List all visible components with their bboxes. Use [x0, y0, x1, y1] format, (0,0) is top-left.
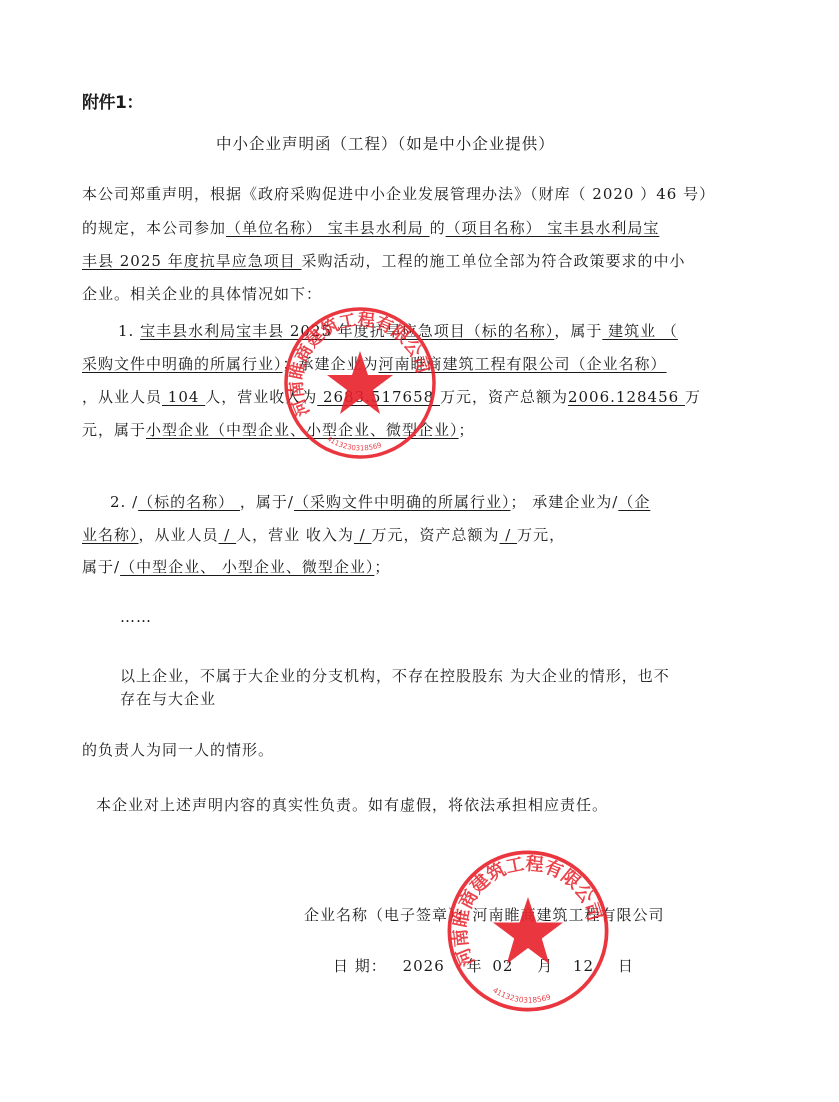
unit-name-field: （单位名称） 宝丰县水利局 — [226, 219, 430, 237]
item1-line-4: 元，属于小型企业（中型企业、小型企业、微型企业）； — [82, 419, 475, 440]
intro-line-3: 丰县 2025 年度抗旱应急项目 采购活动，工程的施工单位全部为符合政策要求的中… — [82, 250, 686, 271]
item1-size: 小型企业（中型企业、小型企业、微型企业） — [146, 421, 459, 439]
date-line: 日 期： 2026 年 02 月 12 日 — [333, 955, 634, 976]
item-text: ；承建企业为 — [283, 355, 379, 373]
item1-assets: 2006.128456 — [568, 388, 685, 406]
intro-text: 采购活动，工程的施工单位全部为符合政策要求的中小 — [301, 252, 685, 270]
item-text: ； — [459, 421, 475, 439]
svg-text:4113230318569: 4113230318569 — [491, 986, 552, 1005]
item-number: 1. — [118, 322, 140, 340]
statement-line-2: 存在与大企业 — [120, 688, 216, 709]
item-text: ； — [374, 558, 390, 576]
item1-revenue: 2683.517658 — [317, 388, 440, 406]
item-text: 万元，资产总额为 — [440, 388, 568, 406]
item1-line-3: ，从业人员 104 人，营业收入为 2683.517658 万元，资产总额为20… — [82, 386, 701, 407]
stamp-code: 4113230318569 — [491, 986, 552, 1005]
attachment-label: 附件1： — [82, 88, 143, 113]
intro-line-2: 的规定，本公司参加（单位名称） 宝丰县水利局 的（项目名称） 宝丰县水利局宝 — [82, 217, 659, 238]
document-title: 中小企业声明函（工程）（如是中小企业提供） — [216, 132, 555, 154]
intro-text: 的 — [430, 219, 446, 237]
item1-employees: 104 — [162, 388, 205, 406]
ellipsis: …… — [120, 608, 152, 626]
item1-company: 河南睢商建筑工程有限公司（企业名称） — [379, 355, 667, 373]
item-number: 2. / — [110, 493, 138, 511]
item-text: 人，营业 收入为 — [236, 526, 354, 544]
intro-line-1: 本公司郑重声明，根据《政府采购促进中小企业发展管理办法》（财库（ 2020 ）4… — [82, 183, 715, 204]
item-text: 人，营业收入为 — [205, 388, 317, 406]
item2-project: （标的名称） — [138, 493, 240, 511]
item2-company-cont: 业名称） — [82, 526, 139, 544]
item1-industry-cont: 采购文件中明确的所属行业） — [82, 355, 283, 373]
item-text: 万元， — [517, 526, 565, 544]
date-year-unit: 年 — [467, 957, 483, 975]
item2-company: （企 — [618, 493, 650, 511]
item-text: ； 承建企业为/ — [511, 493, 619, 511]
date-month: 02 — [492, 957, 513, 975]
item2-size: （中型企业、 小型企业、微型企业） — [120, 558, 374, 576]
project-name-field: （项目名称） 宝丰县水利局宝 — [446, 219, 660, 237]
item-text: ，属于 — [554, 322, 602, 340]
item-text: 万 — [685, 388, 701, 406]
date-label: 日 期： — [333, 957, 387, 975]
date-month-unit: 月 — [537, 957, 553, 975]
item2-assets: / — [500, 526, 518, 544]
date-day-unit: 日 — [618, 957, 634, 975]
item2-line-2: 业名称），从业人员 / 人，营业 收入为 / 万元，资产总额为 / 万元， — [82, 524, 565, 545]
item2-revenue: / — [354, 526, 372, 544]
intro-line-4: 企业。相关企业的具体情况如下： — [82, 283, 322, 304]
project-name-field-cont: 丰县 2025 年度抗旱应急项目 — [82, 252, 301, 270]
item2-employees: / — [219, 526, 237, 544]
signature-label: 企业名称（电子签章）： — [304, 906, 473, 924]
item-text: ，属于/ — [240, 493, 294, 511]
signature-line: 企业名称（电子签章）：河南睢商建筑工程有限公司 — [304, 904, 665, 925]
item1-project: 宝丰县水利局宝丰县 2025 年度抗旱应急项目（标的名称） — [140, 322, 554, 340]
signature-company: 河南睢商建筑工程有限公司 — [473, 906, 665, 924]
item2-line-1: 2. /（标的名称） ，属于/（采购文件中明确的所属行业）； 承建企业为/（企 — [110, 491, 650, 512]
item1-industry: 建筑业 （ — [602, 322, 678, 340]
statement-line-3: 的负责人为同一人的情形。 — [82, 739, 274, 760]
item-text: 属于/ — [82, 558, 120, 576]
item-text: 元，属于 — [82, 421, 146, 439]
item-text: ，从业人员 — [82, 388, 162, 406]
date-day: 12 — [573, 957, 594, 975]
item2-industry: （采购文件中明确的所属行业） — [294, 493, 511, 511]
item-text: ，从业人员 — [139, 526, 219, 544]
intro-text: 的规定，本公司参加 — [82, 219, 226, 237]
item1-line-1: 1. 宝丰县水利局宝丰县 2025 年度抗旱应急项目（标的名称），属于 建筑业 … — [118, 320, 678, 341]
item2-line-3: 属于/（中型企业、 小型企业、微型企业）； — [82, 556, 390, 577]
company-seal-stamp-2: 河南睢商建筑工程有限公司 4113230318569 — [443, 846, 613, 1016]
statement-line-1: 以上企业，不属于大企业的分支机构，不存在控股股东 为大企业的情形，也不 — [120, 665, 670, 686]
item-text: 万元，资产总额为 — [372, 526, 500, 544]
responsibility-statement: 本企业对上述声明内容的真实性负责。如有虚假，将依法承担相应责任。 — [96, 794, 608, 815]
date-year: 2026 — [403, 957, 445, 975]
item1-line-2: 采购文件中明确的所属行业）；承建企业为河南睢商建筑工程有限公司（企业名称） — [82, 353, 667, 374]
